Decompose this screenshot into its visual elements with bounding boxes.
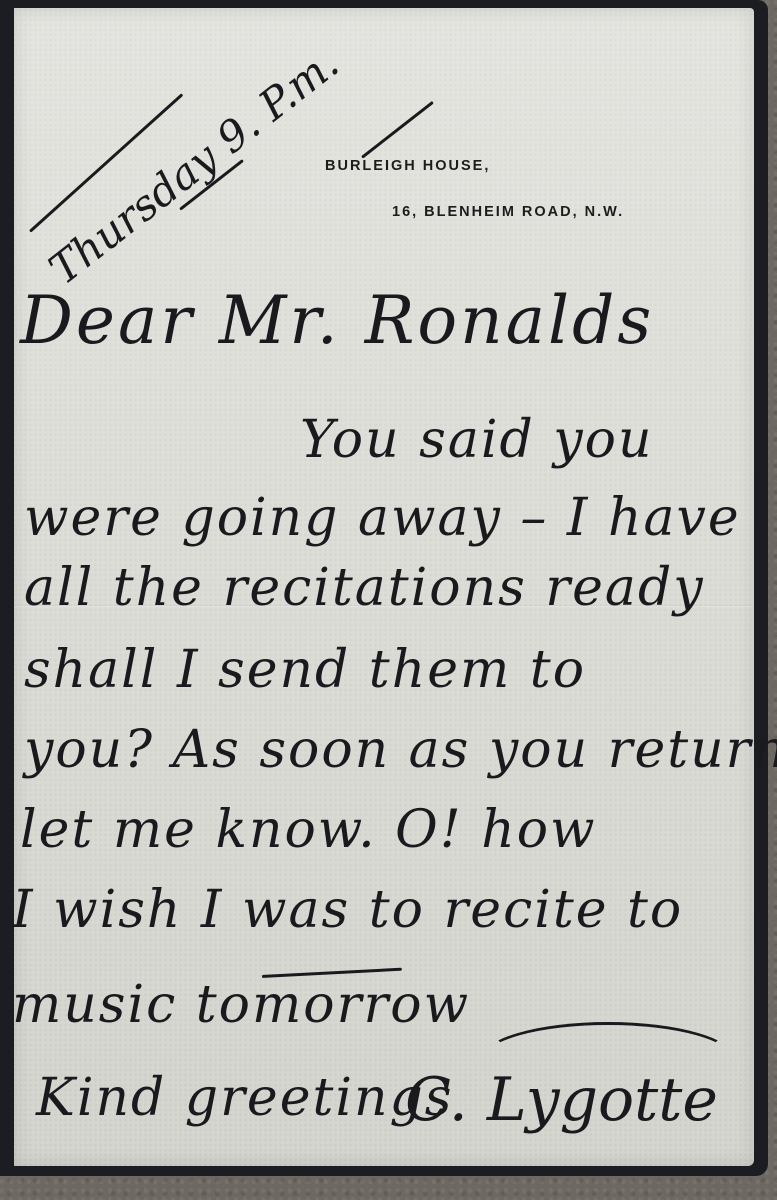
body-line-3: all the recitations ready (24, 558, 705, 618)
letterhead-address: 16, BLENHEIM ROAD, N.W. (392, 204, 624, 220)
body-line-5: you? As soon as you return (24, 720, 777, 780)
letterhead-house-name: BURLEIGH HOUSE, (325, 158, 490, 174)
closing: Kind greetings (36, 1068, 453, 1128)
body-line-4: shall I send them to (24, 640, 586, 700)
body-line-8: music tomorrow (12, 975, 470, 1035)
body-line-7: I wish I was to recite to (12, 880, 683, 940)
body-line-2: were going away – I have (24, 488, 741, 548)
body-line-6: let me know. O! how (20, 800, 597, 860)
salutation: Dear Mr. Ronalds (20, 282, 654, 359)
signature: C. Lygotte (405, 1065, 718, 1135)
body-line-1: You said you (300, 410, 653, 470)
